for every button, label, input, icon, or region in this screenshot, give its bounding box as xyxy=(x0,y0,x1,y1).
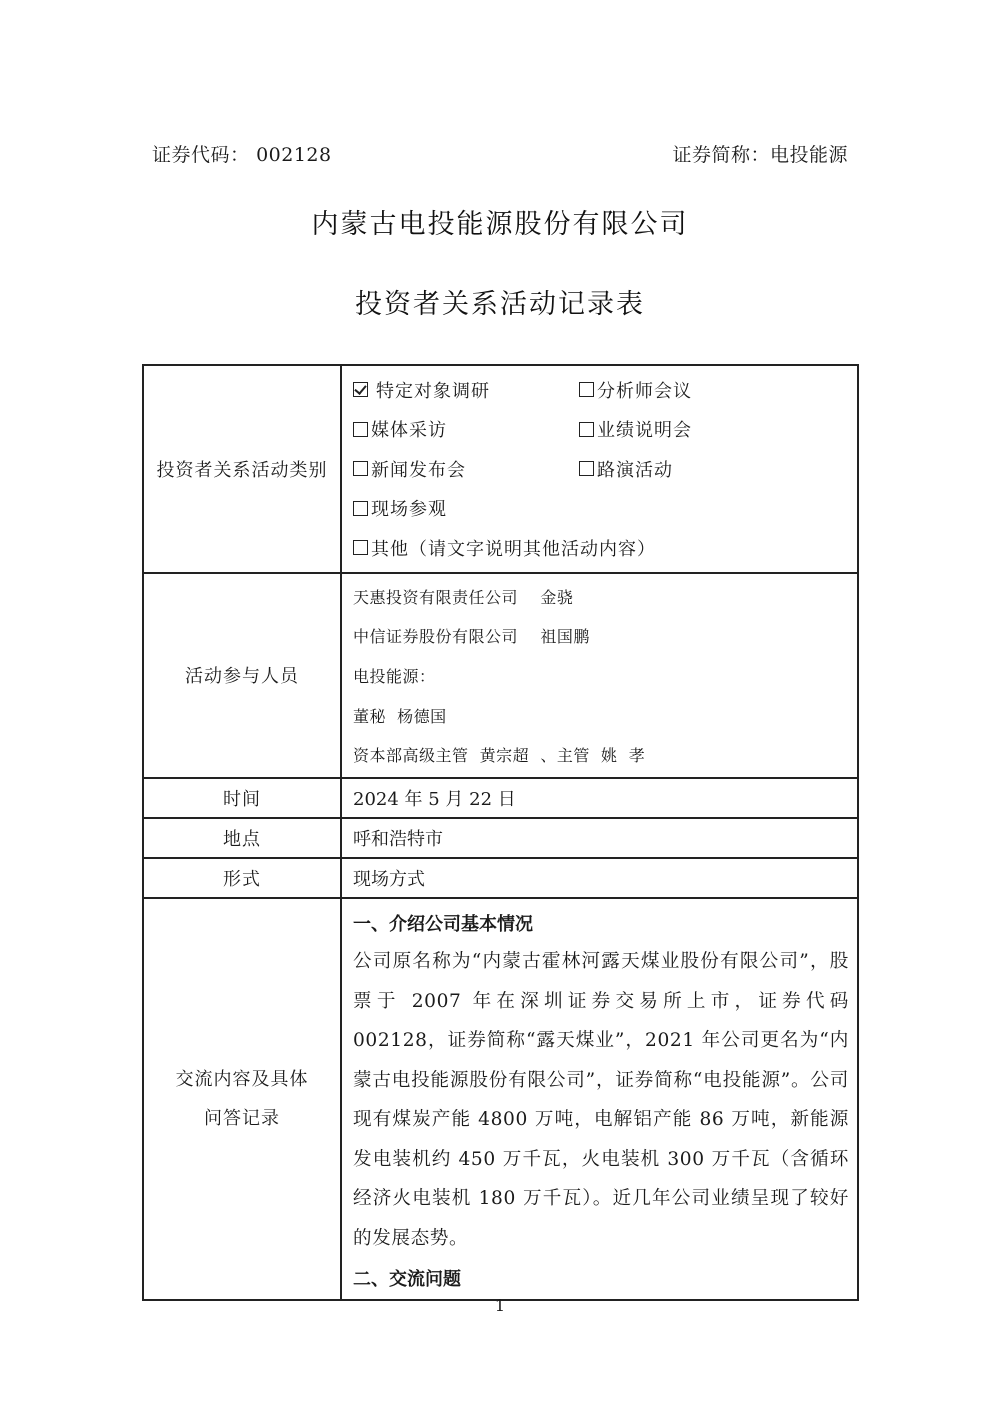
time-label: 时间 xyxy=(143,778,341,818)
checkbox-icon[interactable] xyxy=(353,422,368,437)
document-title: 投资者关系活动记录表 xyxy=(0,282,1000,321)
option-site-visit[interactable]: 现场参观 xyxy=(353,495,579,521)
checkbox-icon[interactable] xyxy=(353,461,368,476)
document-header: 证券代码： 002128 证券简称：电投能源 xyxy=(152,140,848,167)
option-label: 媒体采访 xyxy=(371,416,447,442)
option-roadshow[interactable]: 路演活动 xyxy=(579,456,673,482)
location-label: 地点 xyxy=(143,818,341,858)
short-name-label: 证券简称： xyxy=(672,144,770,166)
participants-list: 天惠投资有限责任公司 金骁 中信证券股份有限公司 祖国鹏 电投能源： 董秘 杨德… xyxy=(341,573,858,779)
section2-heading: 二、交流问题 xyxy=(353,1258,849,1297)
checkbox-icon[interactable] xyxy=(579,461,594,476)
stock-code: 证券代码： 002128 xyxy=(152,140,332,167)
section1-heading: 一、介绍公司基本情况 xyxy=(353,903,849,942)
option-earnings-briefing[interactable]: 业绩说明会 xyxy=(579,416,692,442)
activity-type-label: 投资者关系活动类别 xyxy=(143,365,341,573)
option-label: 业绩说明会 xyxy=(597,416,692,442)
content-body: 一、介绍公司基本情况 公司原名称为“内蒙古霍林河露天煤业股份有限公司”，股票于 … xyxy=(341,898,858,1300)
short-name-value: 电投能源 xyxy=(770,144,848,166)
participant-line: 董秘 杨德国 xyxy=(353,695,849,735)
option-press-conference[interactable]: 新闻发布会 xyxy=(353,456,579,482)
checkbox-icon[interactable] xyxy=(353,540,368,555)
location-value: 呼和浩特市 xyxy=(341,818,858,858)
option-label: 特定对象调研 xyxy=(376,377,490,403)
checkbox-checked-icon[interactable] xyxy=(353,382,368,397)
participants-label: 活动参与人员 xyxy=(143,573,341,779)
format-value: 现场方式 xyxy=(341,858,858,898)
option-specific-research[interactable]: 特定对象调研 xyxy=(353,377,579,403)
stock-short-name: 证券简称：电投能源 xyxy=(672,140,848,167)
row-content: 交流内容及具体 问答记录 一、介绍公司基本情况 公司原名称为“内蒙古霍林河露天煤… xyxy=(143,898,858,1300)
checkbox-icon[interactable] xyxy=(353,501,368,516)
option-label: 现场参观 xyxy=(371,495,447,521)
checkbox-icon[interactable] xyxy=(579,382,594,397)
participant-line: 资本部高级主管 黄宗超 、主管 姚 孝 xyxy=(353,735,849,775)
option-analyst-meeting[interactable]: 分析师会议 xyxy=(579,377,692,403)
option-label: 路演活动 xyxy=(597,456,673,482)
content-label-line1: 交流内容及具体 xyxy=(144,1060,340,1099)
option-label: 新闻发布会 xyxy=(371,456,466,482)
participant-line: 中信证券股份有限公司 祖国鹏 xyxy=(353,616,849,656)
checkbox-icon[interactable] xyxy=(579,422,594,437)
participant-line: 天惠投资有限责任公司 金骁 xyxy=(353,577,849,617)
option-media-interview[interactable]: 媒体采访 xyxy=(353,416,579,442)
format-label: 形式 xyxy=(143,858,341,898)
option-other[interactable]: 其他（请文字说明其他活动内容） xyxy=(353,535,656,561)
stock-code-value: 002128 xyxy=(256,144,332,166)
content-label: 交流内容及具体 问答记录 xyxy=(143,898,341,1300)
option-label: 其他（请文字说明其他活动内容） xyxy=(371,535,656,561)
row-location: 地点 呼和浩特市 xyxy=(143,818,858,858)
row-activity-type: 投资者关系活动类别 特定对象调研 分析师会议 媒体采访 业绩说明会 新闻发布会 … xyxy=(143,365,858,573)
activity-record-table: 投资者关系活动类别 特定对象调研 分析师会议 媒体采访 业绩说明会 新闻发布会 … xyxy=(142,364,859,1301)
row-format: 形式 现场方式 xyxy=(143,858,858,898)
activity-type-options: 特定对象调研 分析师会议 媒体采访 业绩说明会 新闻发布会 路演活动 现场参观 … xyxy=(341,365,858,573)
company-title: 内蒙古电投能源股份有限公司 xyxy=(0,202,1000,241)
content-label-line2: 问答记录 xyxy=(144,1099,340,1138)
row-participants: 活动参与人员 天惠投资有限责任公司 金骁 中信证券股份有限公司 祖国鹏 电投能源… xyxy=(143,573,858,779)
section1-text: 公司原名称为“内蒙古霍林河露天煤业股份有限公司”，股票于 2007 年在深圳证券… xyxy=(353,942,849,1258)
option-label: 分析师会议 xyxy=(597,377,692,403)
participant-line: 电投能源： xyxy=(353,656,849,696)
page-number: 1 xyxy=(0,1296,1000,1315)
time-value: 2024 年 5 月 22 日 xyxy=(341,778,858,818)
stock-code-label: 证券代码： xyxy=(152,144,250,166)
row-time: 时间 2024 年 5 月 22 日 xyxy=(143,778,858,818)
